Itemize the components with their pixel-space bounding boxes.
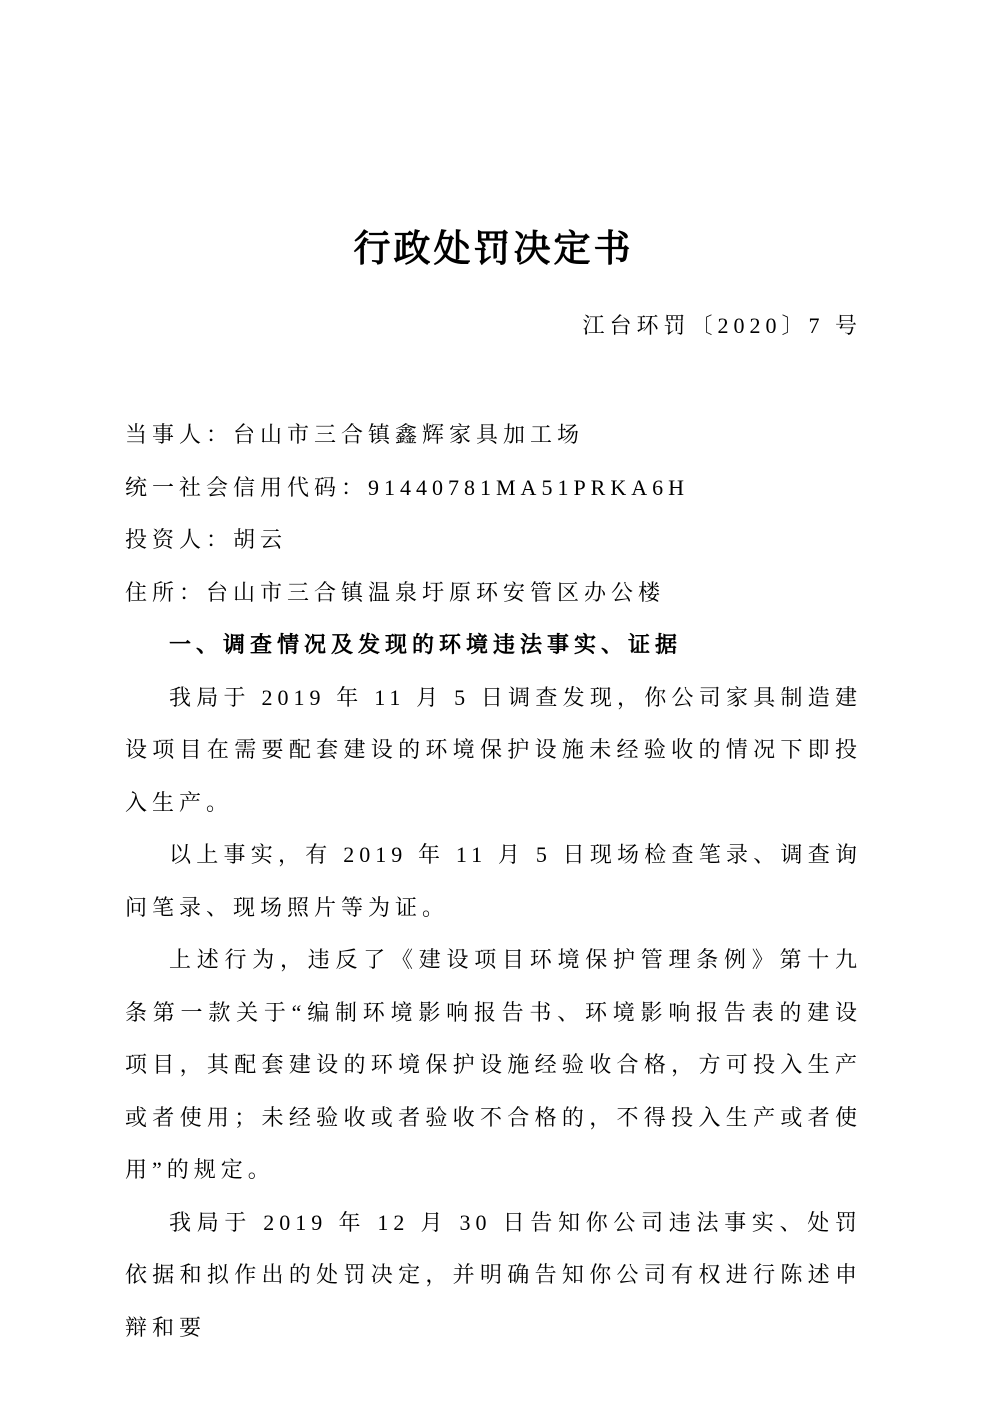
paragraph-evidence: 以上事实，有 2019 年 11 月 5 日现场检查笔录、调查询问笔录、现场照片… — [125, 829, 862, 934]
penalty-decision-page: 行政处罚决定书 江台环罚〔2020〕7 号 当事人：台山市三合镇鑫辉家具加工场 … — [0, 0, 992, 1403]
document-number: 江台环罚〔2020〕7 号 — [125, 300, 862, 352]
paragraph-notification: 我局于 2019 年 12 月 30 日告知你公司违法事实、处罚依据和拟作出的处… — [125, 1197, 862, 1355]
document-body: 当事人：台山市三合镇鑫辉家具加工场 统一社会信用代码：91440781MA51P… — [125, 409, 862, 1354]
address-line: 住所：台山市三合镇温泉圩原环安管区办公楼 — [125, 567, 862, 620]
party-name-line: 当事人：台山市三合镇鑫辉家具加工场 — [125, 409, 862, 462]
paragraph-legal-violation: 上述行为，违反了《建设项目环境保护管理条例》第十九条第一款关于“编制环境影响报告… — [125, 934, 862, 1197]
paragraph-investigation-finding: 我局于 2019 年 11 月 5 日调查发现，你公司家具制造建设项目在需要配套… — [125, 672, 862, 830]
section-heading-investigation: 一、调查情况及发现的环境违法事实、证据 — [125, 619, 862, 672]
investor-line: 投资人：胡云 — [125, 514, 862, 567]
document-title: 行政处罚决定书 — [125, 222, 862, 278]
credit-code-line: 统一社会信用代码：91440781MA51PRKA6H — [125, 462, 862, 515]
